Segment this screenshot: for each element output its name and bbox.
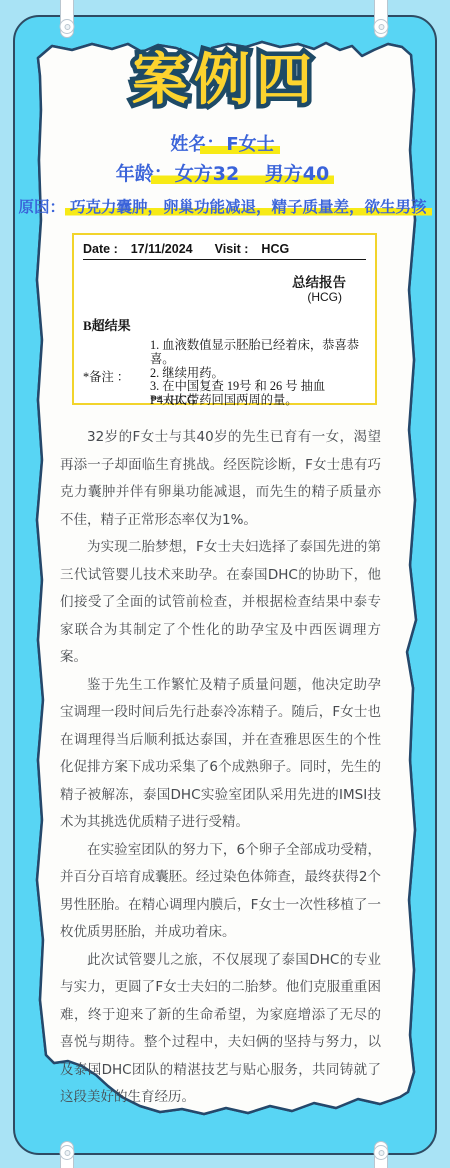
case-story: 32岁的F女士与其40岁的先生已育有一女，渴望再添一子却面临生育挑战。经医院诊断… [60,424,381,1112]
story-paragraph: 32岁的F女士与其40岁的先生已育有一女，渴望再添一子却面临生育挑战。经医院诊断… [60,424,381,534]
poster-background: { "page": { "title": "案例四", "name": { "l… [0,0,450,1168]
reason-label: 原因： [18,198,65,216]
report-footnote: **太太带药回国两周的量。 [150,390,298,408]
report-summary-title: 总结报告 [292,271,346,291]
age-row: 年龄：女方32 男方40 [0,159,450,186]
case-title-text: 案例四 [0,46,450,116]
report-date-value: 17/11/2024 [131,242,193,256]
report-summary-subtitle: (HCG) [307,290,342,304]
report-divider [83,259,366,260]
report-item: 1. 血液数值显示胚胎已经着床，恭喜恭喜。 [150,339,371,367]
reason-value: 巧克力囊肿，卵巢功能减退，精子质量差，欲生男孩 [65,198,432,216]
report-visit-label: Visit : [215,242,249,256]
age-value: 女方32 男方40 [151,163,335,185]
report-header-row: Date :17/11/2024Visit :HCG [83,242,366,256]
name-row: 姓名：F女士 [0,130,450,156]
name-value: F女士 [200,134,279,155]
story-paragraph: 此次试管婴儿之旅，不仅展现了泰国DHC的专业与实力，更圆了F女士夫妇的二胎梦。他… [60,947,381,1112]
reason-row: 原因：巧克力囊肿，卵巢功能减退，精子质量差，欲生男孩 [0,195,450,217]
report-section-label: B超结果 [83,315,131,334]
report-note-label: *备注 ： [83,367,129,385]
story-paragraph: 为实现二胎梦想，F女士夫妇选择了泰国先进的第三代试管婴儿技术来助孕。在泰国DHC… [60,534,381,672]
story-paragraph: 鉴于先生工作繁忙及精子质量问题，他决定助孕宝调理一段时间后先行赴泰冷冻精子。随后… [60,672,381,837]
report-date-label: Date : [83,242,118,256]
report-visit-value: HCG [261,242,289,256]
medical-report-card: Date :17/11/2024Visit :HCG 总结报告 (HCG) B超… [72,233,377,405]
case-title: 案例四 案例四 [0,46,450,120]
story-paragraph: 在实验室团队的努力下，6个卵子全部成功受精，并百分百培育成囊胚。经过染色体筛查，… [60,837,381,947]
